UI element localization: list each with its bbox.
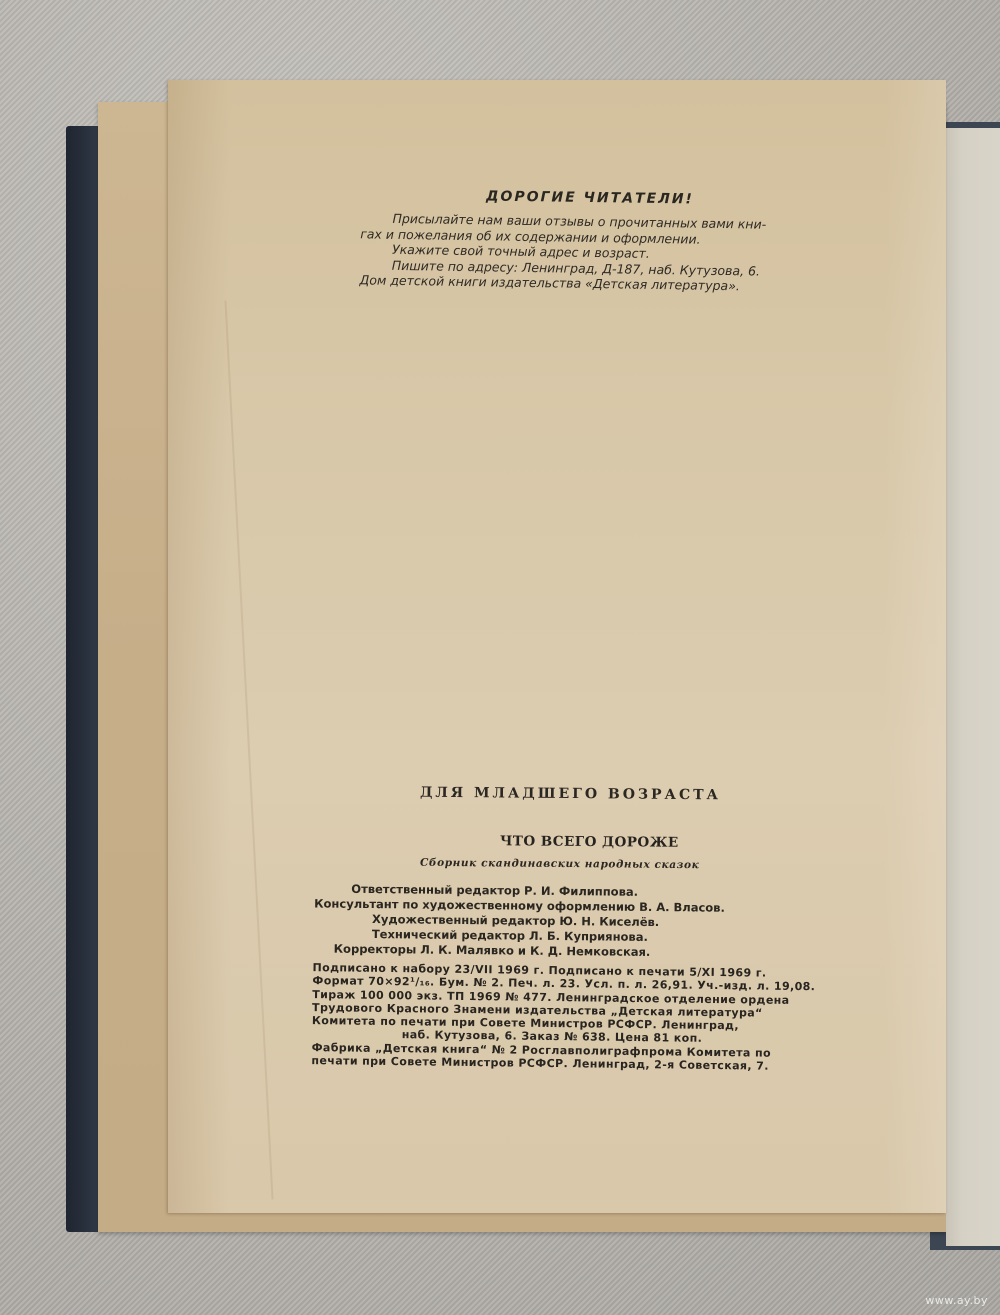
page-crease: [224, 301, 273, 1200]
facing-page: [946, 128, 1000, 1246]
watermark: www.ay.by: [925, 1294, 988, 1307]
book-subtitle: Сборник скандинавских народных сказок: [420, 857, 699, 871]
imprint: Подписано к набору 23/VII 1969 г. Подпис…: [311, 961, 792, 1073]
age-label: ДЛЯ МЛАДШЕГО ВОЗРАСТА: [420, 785, 721, 804]
greeting-title: ДОРОГИЕ ЧИТАТЕЛИ!: [486, 189, 694, 208]
credits: Ответственный редактор Р. И. Филиппова. …: [308, 881, 809, 961]
greeting-text: Присылайте нам ваши отзывы о прочитанных…: [359, 210, 830, 295]
book-title: ЧТО ВСЕГО ДОРОЖЕ: [500, 833, 679, 851]
colophon-page: ДОРОГИЕ ЧИТАТЕЛИ! Присылайте нам ваши от…: [168, 80, 946, 1213]
